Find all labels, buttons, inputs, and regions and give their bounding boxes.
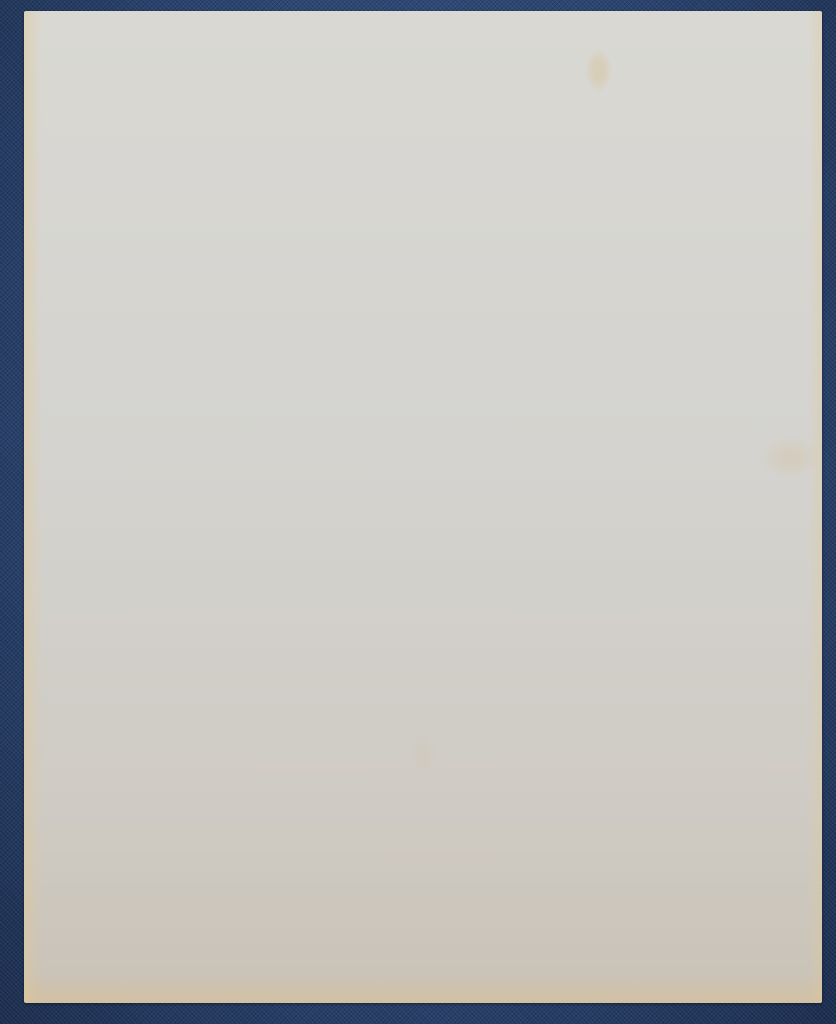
blank-paper-sheet [24, 11, 822, 1003]
fabric-background [0, 0, 836, 1024]
